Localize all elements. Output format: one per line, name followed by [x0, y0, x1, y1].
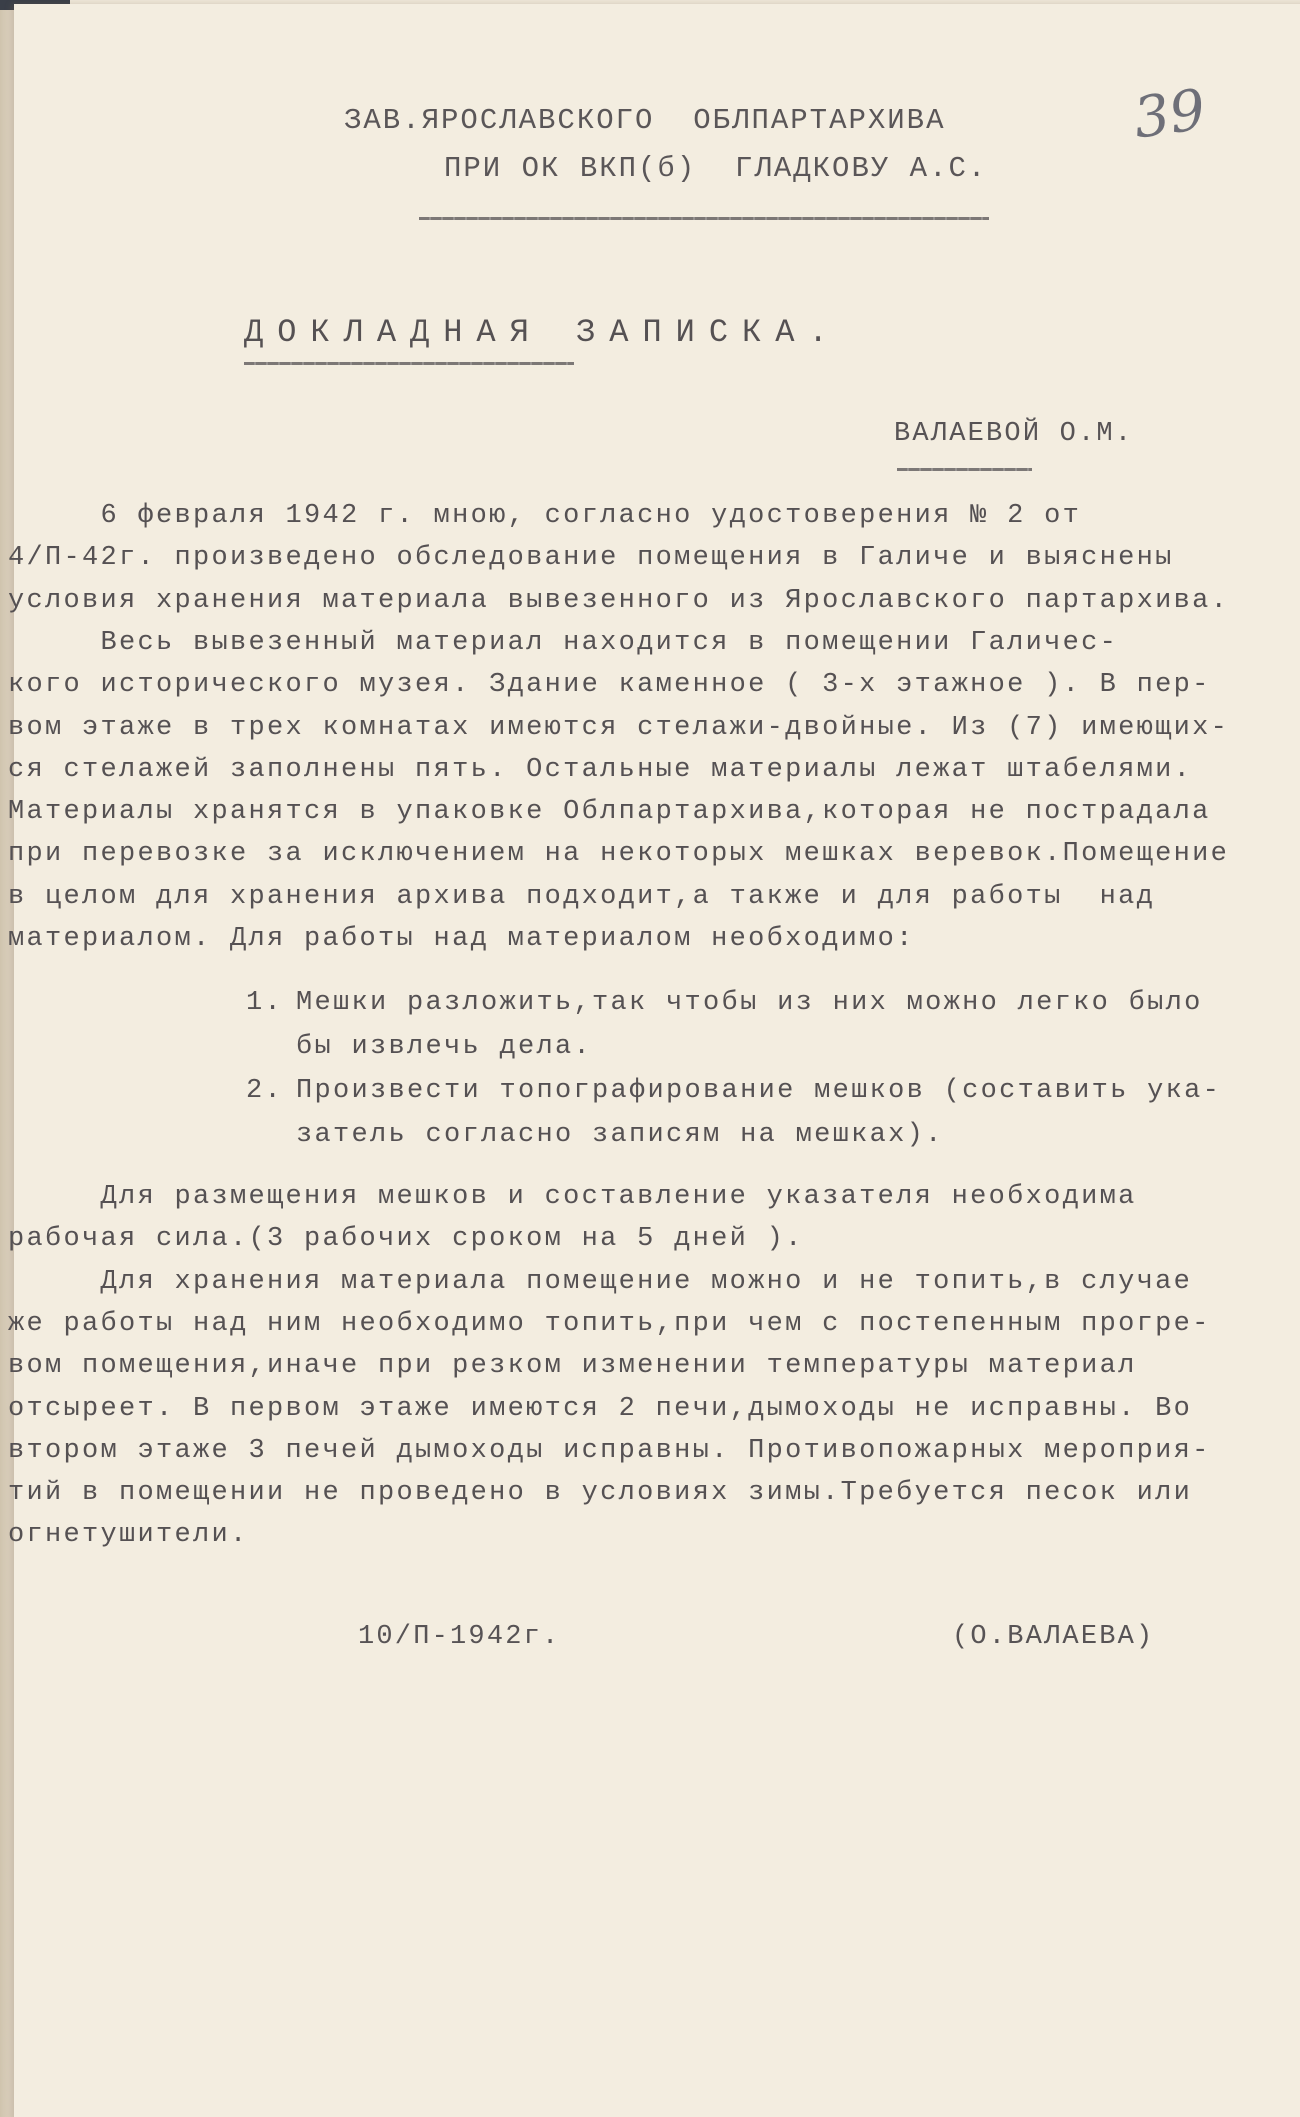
document-title: ДОКЛАДНАЯ ЗАПИСКА. — [244, 314, 842, 351]
addressee-underline — [419, 217, 989, 220]
text-line: вом этаже в трех комнатах имеются стелаж… — [8, 713, 1229, 743]
list-item-text: затель согласно записям на мешках). — [296, 1120, 944, 1150]
text-line: Материалы хранятся в упаковке Облпартарх… — [8, 797, 1211, 827]
text-line: Для размещения мешков и составление указ… — [8, 1182, 1137, 1212]
text-line: кого исторического музея. Здание каменно… — [8, 670, 1211, 700]
text-line: Весь вывезенный материал находится в пом… — [8, 628, 1118, 658]
text-line: отсыреет. В первом этаже имеются 2 печи,… — [8, 1394, 1192, 1424]
title-underline — [244, 362, 574, 365]
text-line: вом помещения,иначе при резком изменении… — [8, 1351, 1137, 1381]
text-line: 6 февраля 1942 г. мною, согласно удостов… — [8, 501, 1081, 531]
text-line: материалом. Для работы над материалом не… — [8, 924, 915, 954]
text-line: втором этаже 3 печей дымоходы исправны. … — [8, 1436, 1211, 1466]
list-item-number: 1. — [246, 988, 283, 1018]
text-line: рабочая сила.(3 рабочих сроком на 5 дней… — [8, 1224, 804, 1254]
handwritten-page-number: 39 — [1130, 77, 1210, 151]
from-underline — [897, 468, 1032, 471]
text-line: 4/П-42г. произведено обследование помеще… — [8, 543, 1174, 573]
list-item-text: Мешки разложить,так чтобы из них можно л… — [296, 988, 1203, 1018]
addressee-line-1: ЗАВ.ЯРОСЛАВСКОГО ОБЛПАРТАРХИВА — [344, 104, 946, 137]
signature: (О.ВАЛАЕВА) — [952, 1622, 1154, 1652]
text-line: при перевозке за исключением на некоторы… — [8, 839, 1229, 869]
text-line: тий в помещении не проведено в условиях … — [8, 1478, 1192, 1508]
addressee-line-2: ПРИ ОК ВКП(б) ГЛАДКОВУ А.С. — [444, 152, 987, 185]
list-item-text: бы извлечь дела. — [296, 1032, 592, 1062]
document-page: 39 ЗАВ.ЯРОСЛАВСКОГО ОБЛПАРТАРХИВА ПРИ ОК… — [14, 4, 1300, 2117]
from-line: ВАЛАЕВОЙ О.М. — [894, 419, 1133, 449]
text-line: условия хранения материала вывезенного и… — [8, 586, 1229, 616]
text-line: Для хранения материала помещение можно и… — [8, 1267, 1192, 1297]
list-item-text: Произвести топографирование мешков (сост… — [296, 1076, 1221, 1106]
text-line: в целом для хранения архива подходит,а т… — [8, 882, 1155, 912]
list-item-number: 2. — [246, 1076, 283, 1106]
report-date: 10/П-1942г. — [358, 1622, 560, 1652]
text-line: огнетушители. — [8, 1520, 249, 1550]
text-line: же работы над ним необходимо топить,при … — [8, 1309, 1211, 1339]
text-line: ся стелажей заполнены пять. Остальные ма… — [8, 755, 1192, 785]
